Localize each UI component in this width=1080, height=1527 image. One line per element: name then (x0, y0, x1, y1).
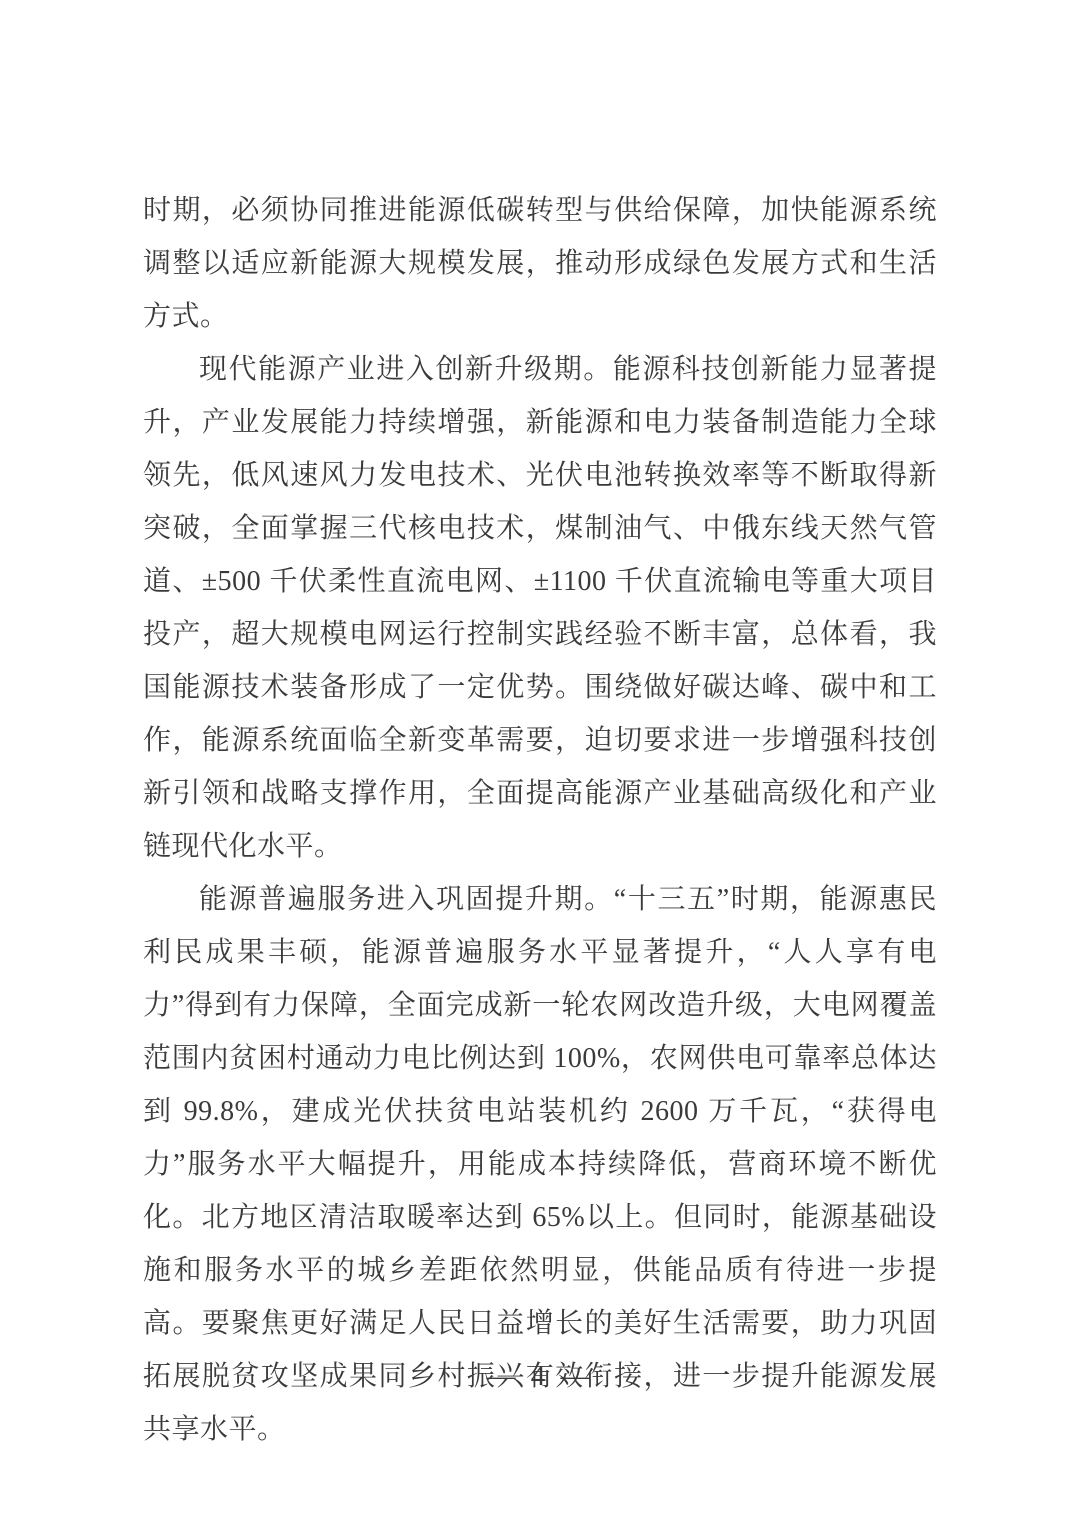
paragraph-text: 能源科技创新能力显著提升，产业发展能力持续增强，新能源和电力装备制造能力全球领先… (143, 354, 937, 862)
document-page: 时期，必须协同推进能源低碳转型与供给保障，加快能源系统调整以适应新能源大规模发展… (0, 0, 1080, 1527)
paragraph-lead: 现代能源产业进入创新升级期。 (199, 354, 613, 385)
paragraph-continuation: 时期，必须协同推进能源低碳转型与供给保障，加快能源系统调整以适应新能源大规模发展… (143, 184, 937, 343)
paragraph: 现代能源产业进入创新升级期。能源科技创新能力显著提升，产业发展能力持续增强，新能… (143, 343, 937, 873)
paragraph-lead: 能源普遍服务进入巩固提升期。 (199, 884, 614, 915)
paragraph-text: 时期，必须协同推进能源低碳转型与供给保障，加快能源系统调整以适应新能源大规模发展… (143, 195, 937, 332)
document-body: 时期，必须协同推进能源低碳转型与供给保障，加快能源系统调整以适应新能源大规模发展… (143, 184, 937, 1456)
page-number: — 4 — (0, 1350, 1080, 1403)
